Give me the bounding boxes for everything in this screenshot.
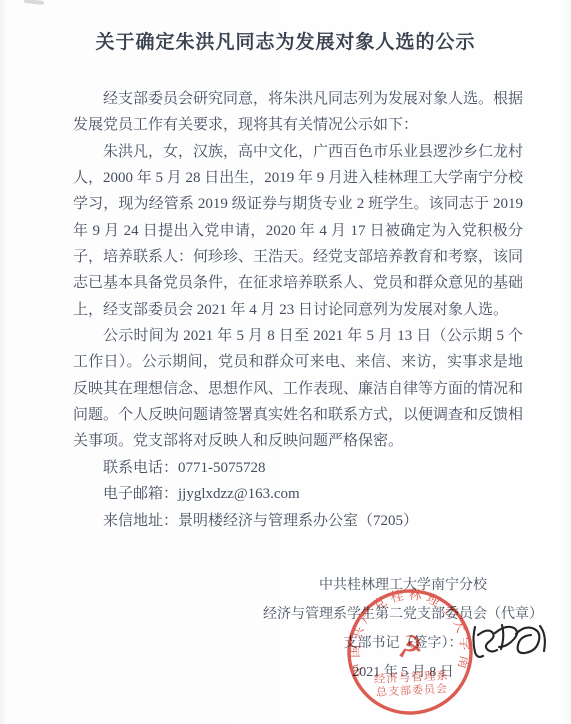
- contact-email-line: 电子邮箱：jjyglxdzz@163.com: [73, 481, 523, 507]
- body-paragraph: 朱洪凡，女，汉族，高中文化，广西百色市乐业县逻沙乡仁龙村人，2000 年 5 月…: [73, 139, 523, 323]
- body-paragraph: 公示时间为 2021 年 5 月 8 日至 2021 年 5 月 13 日（公示…: [73, 323, 523, 455]
- document-title: 关于确定朱洪凡同志为发展对象人选的公示: [0, 27, 571, 54]
- body-paragraph: 经支部委员会研究同意，将朱洪凡同志列为发展对象人选。根据发展党员工作有关要求，现…: [73, 86, 523, 139]
- contact-address-line: 来信地址：景明楼经济与管理系办公室（7205）: [73, 508, 523, 534]
- official-seal: 中国共产党桂林理工大学南宁分校 ☭ 经济与管理系 总支部委员会: [342, 584, 479, 721]
- scanned-document-page: 关于确定朱洪凡同志为发展对象人选的公示 经支部委员会研究同意，将朱洪凡同志列为发…: [0, 0, 571, 724]
- document-body: 经支部委员会研究同意，将朱洪凡同志列为发展对象人选。根据发展党员工作有关要求，现…: [73, 86, 523, 534]
- paper-smudge: [24, 0, 44, 5]
- contact-phone-line: 联系电话：0771-5075728: [73, 455, 523, 481]
- party-emblem-icon: ☭: [395, 630, 424, 664]
